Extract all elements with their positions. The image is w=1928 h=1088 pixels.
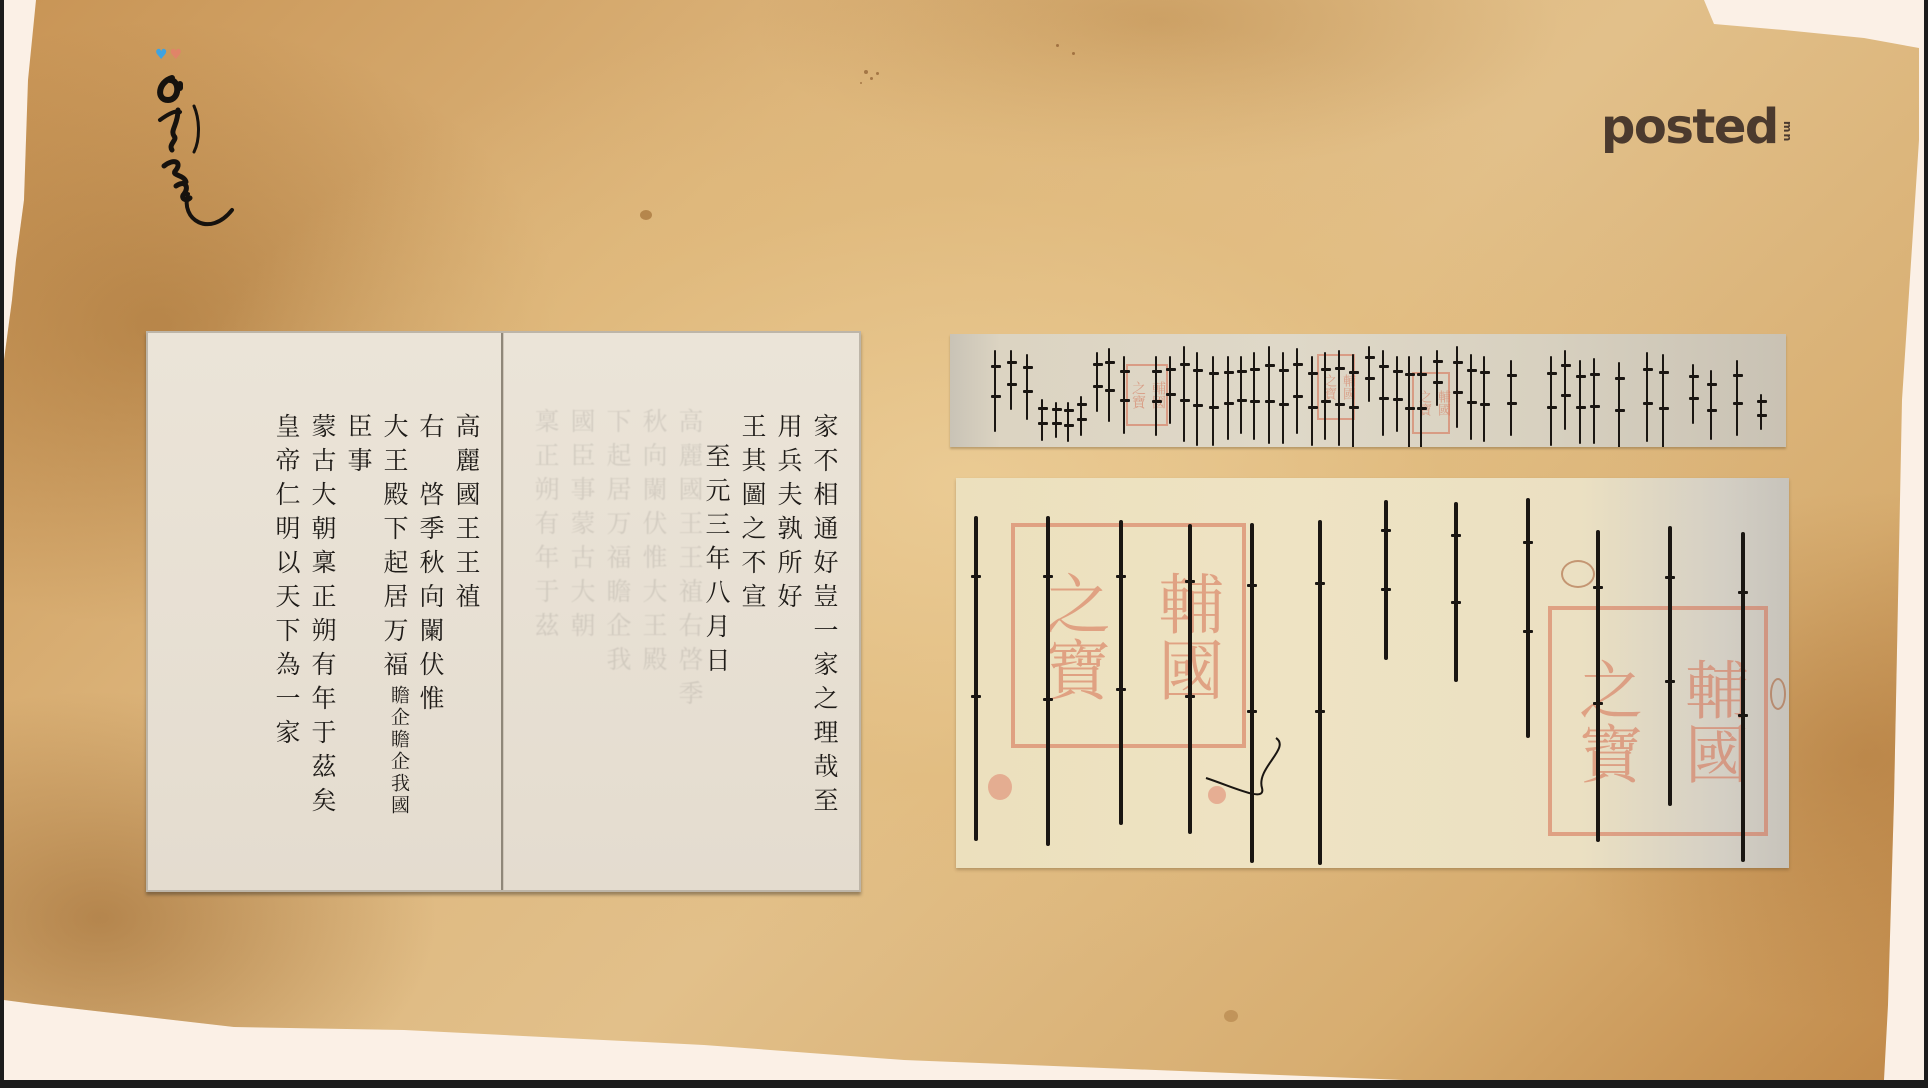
text-column: 家不相通好豈一家之理哉至	[805, 413, 841, 821]
text-column-group: 大王殿下起居万福 瞻企瞻企我國	[375, 413, 411, 821]
text-column-small: 瞻企瞻企我國	[379, 685, 415, 817]
book-left-page: 高麗國王王禃 右 啓季秋向闌伏惟 大王殿下起居万福 瞻企瞻企我國 臣事 蒙古大朝…	[148, 333, 503, 890]
text-column: 王其圖之不宣	[733, 413, 769, 821]
heart-icon: ♥	[170, 48, 183, 62]
red-seal: 之寶輔國	[1317, 354, 1355, 420]
mongolian-script-icon	[150, 70, 240, 235]
mongolian-scroll-strip-image: 之寶輔國 之寶輔國 之寶輔國	[950, 334, 1786, 447]
posted-logo-word: posted	[1601, 102, 1778, 152]
brand-logo-mongolian[interactable]: ♥ ♥	[150, 48, 240, 233]
text-column: 至元三年八月日	[697, 443, 733, 821]
left-page-text: 高麗國王王禃 右 啓季秋向闌伏惟 大王殿下起居万福 瞻企瞻企我國 臣事 蒙古大朝…	[267, 413, 483, 821]
red-seal: 之寶輔國	[1126, 364, 1168, 426]
red-seal-2: 之寶輔國	[1548, 606, 1768, 836]
hearts: ♥ ♥	[155, 48, 182, 62]
red-seal: 之寶輔國	[1412, 372, 1450, 434]
text-column: 皇帝仁明以天下為一家	[267, 413, 303, 821]
korean-letter-book-image: 高麗國王王禃 右 啓季秋向闌伏惟 大王殿下起居万福 瞻企瞻企我國 臣事 蒙古大朝…	[146, 331, 861, 892]
text-column: 大王殿下起居万福	[375, 413, 411, 685]
posted-mn-logo[interactable]: posted mn	[1601, 92, 1794, 152]
heart-icon: ♥	[155, 48, 168, 62]
posted-logo-tld: mn	[1781, 121, 1794, 142]
bleed-through-text: 高麗國王王禃右啓季 秋向闌伏惟大王殿 下起居万福瞻企我 國臣事蒙古大朝 稟正朔有…	[526, 408, 706, 714]
text-column: 蒙古大朝稟正朔有年于茲矣	[303, 413, 339, 821]
text-column: 用兵夫孰所好	[769, 413, 805, 821]
mongolian-letter-image: 之寶輔國 之寶輔國	[956, 478, 1789, 868]
right-page-text: 家不相通好豈一家之理哉至 用兵夫孰所好 王其圖之不宣 至元三年八月日	[697, 413, 841, 821]
text-column: 臣事	[339, 413, 375, 821]
slide-canvas: ♥ ♥ posted mn 高麗國王王禃 右 啓季秋向闌伏惟 大王殿下起居万福 …	[4, 0, 1924, 1080]
book-right-page: 高麗國王王禃右啓季 秋向闌伏惟大王殿 下起居万福瞻企我 國臣事蒙古大朝 稟正朔有…	[503, 333, 859, 890]
signature-stroke-icon	[1196, 708, 1316, 828]
text-column: 右 啓季秋向闌伏惟	[411, 413, 447, 821]
text-column: 高麗國王王禃	[447, 413, 483, 821]
